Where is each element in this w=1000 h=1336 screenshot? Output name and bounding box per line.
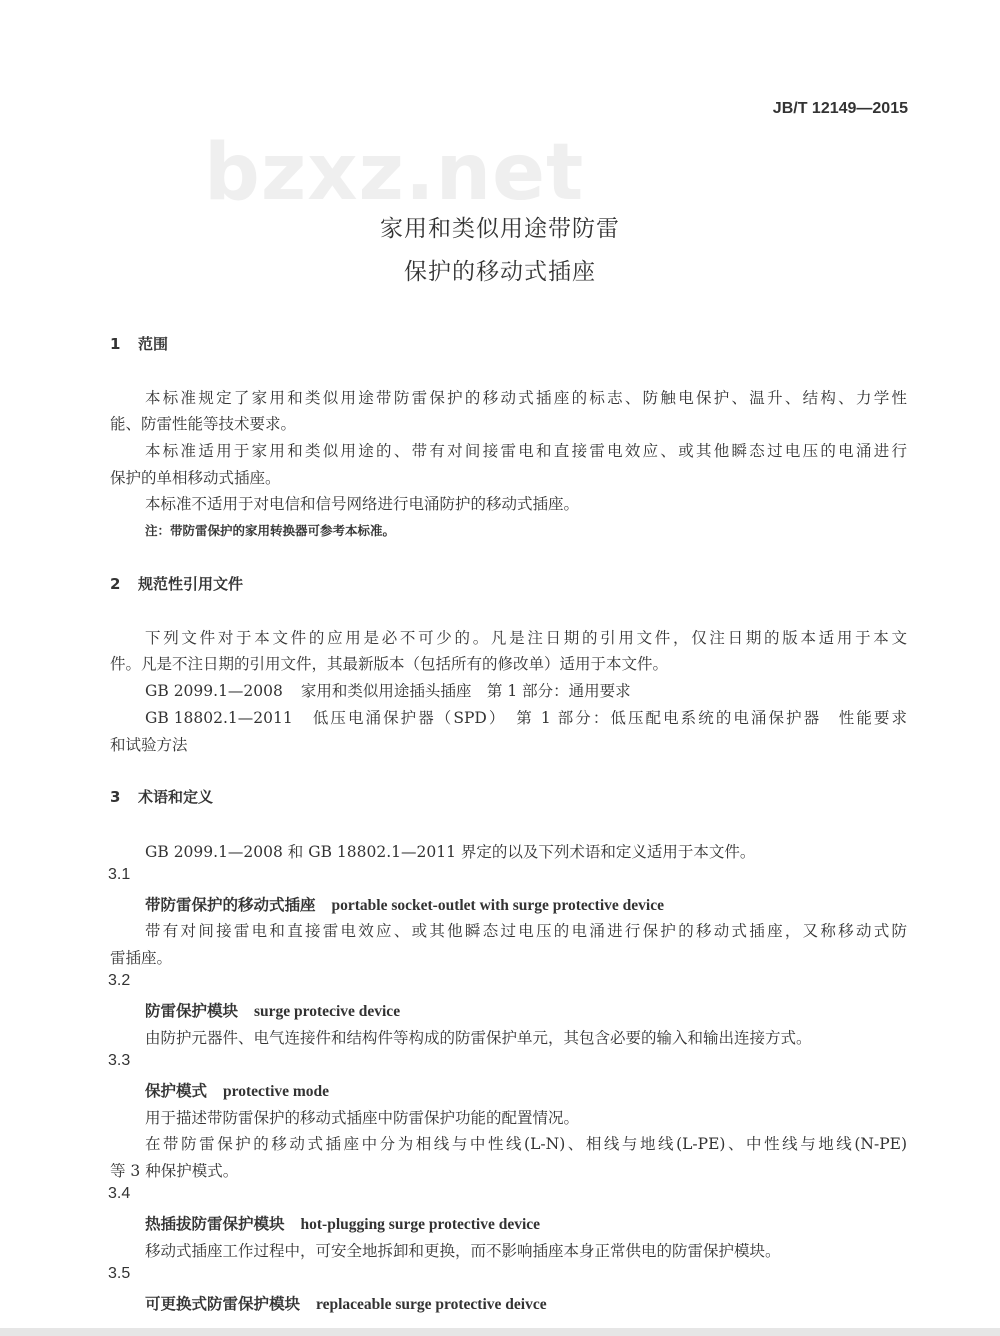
term-title: 防雷保护模块surge protecive device (145, 999, 400, 1021)
document-title-line1: 家用和类似用途带防雷 (0, 210, 1000, 243)
document-page: JB/T 12149—2015 bzxz.net 家用和类似用途带防雷 保护的移… (0, 0, 1000, 1328)
references-intro-line1: 下列文件对于本文件的应用是必不可少的。凡是注日期的引用文件，仅注日期的版本适用于… (145, 626, 907, 648)
scope-paragraph-1-line2: 能、防雷性能等技术要求。 (110, 412, 296, 434)
reference-item: GB 18802.1—2011低压电涌保护器（SPD） 第 1 部分：低压配电系… (145, 706, 907, 728)
term-definition-line2: 在带防雷保护的移动式插座中分为相线与中性线(L-N)、相线与地线(L-PE)、中… (145, 1132, 907, 1154)
scope-paragraph-3: 本标准不适用于对电信和信号网络进行电涌防护的移动式插座。 (145, 492, 579, 514)
term-definition-line1: 由防护元器件、电气连接件和结构件等构成的防雷保护单元，其包含必要的输入和输出连接… (145, 1026, 812, 1048)
term-definition-line1: 用于描述带防雷保护的移动式插座中防雷保护功能的配置情况。 (145, 1106, 579, 1128)
section-heading-scope: 1范围 (110, 333, 168, 354)
scope-note: 注：带防雷保护的家用转换器可参考本标准。 (145, 521, 395, 539)
term-title: 可更换式防雷保护模块replaceable surge protective d… (145, 1292, 547, 1314)
watermark: bzxz.net (204, 128, 584, 218)
standard-code: JB/T 12149—2015 (773, 100, 908, 118)
term-definition-line1: 带有对间接雷电和直接雷电效应、或其他瞬态过电压的电涌进行保护的移动式插座，又称移… (145, 919, 907, 941)
section-heading-terms-definitions: 3术语和定义 (110, 786, 213, 807)
scope-paragraph-2-line1: 本标准适用于家用和类似用途的、带有对间接雷电和直接雷电效应、或其他瞬态过电压的电… (145, 439, 907, 461)
reference-item-continuation: 和试验方法 (110, 733, 188, 755)
terms-intro: GB 2099.1—2008 和 GB 18802.1—2011 界定的以及下列… (145, 840, 755, 862)
term-definition-line1: 移动式插座工作过程中，可安全地拆卸和更换，而不影响插座本身正常供电的防雷保护模块… (145, 1239, 781, 1261)
term-title: 带防雷保护的移动式插座portable socket-outlet with s… (145, 893, 664, 915)
document-title-line2: 保护的移动式插座 (0, 253, 1000, 286)
references-intro-line2: 件。凡是不注日期的引用文件，其最新版本（包括所有的修改单）适用于本文件。 (110, 652, 668, 674)
scope-paragraph-2-line2: 保护的单相移动式插座。 (110, 466, 281, 488)
clause-number: 3.5 (108, 1265, 130, 1283)
page-bottom-edge (0, 1328, 1000, 1336)
term-definition-line3: 等 3 种保护模式。 (110, 1159, 238, 1181)
reference-item: GB 2099.1—2008家用和类似用途插头插座 第 1 部分：通用要求 (145, 679, 631, 701)
section-heading-normative-references: 2规范性引用文件 (110, 573, 243, 594)
clause-number: 3.3 (108, 1052, 130, 1070)
scope-paragraph-1-line1: 本标准规定了家用和类似用途带防雷保护的移动式插座的标志、防触电保护、温升、结构、… (145, 386, 907, 408)
term-definition-line2: 雷插座。 (110, 946, 172, 968)
clause-number: 3.4 (108, 1185, 130, 1203)
clause-number: 3.2 (108, 972, 130, 990)
term-title: 热插拔防雷保护模块hot-plugging surge protective d… (145, 1212, 540, 1234)
clause-number: 3.1 (108, 866, 130, 884)
term-title: 保护模式protective mode (145, 1079, 329, 1101)
